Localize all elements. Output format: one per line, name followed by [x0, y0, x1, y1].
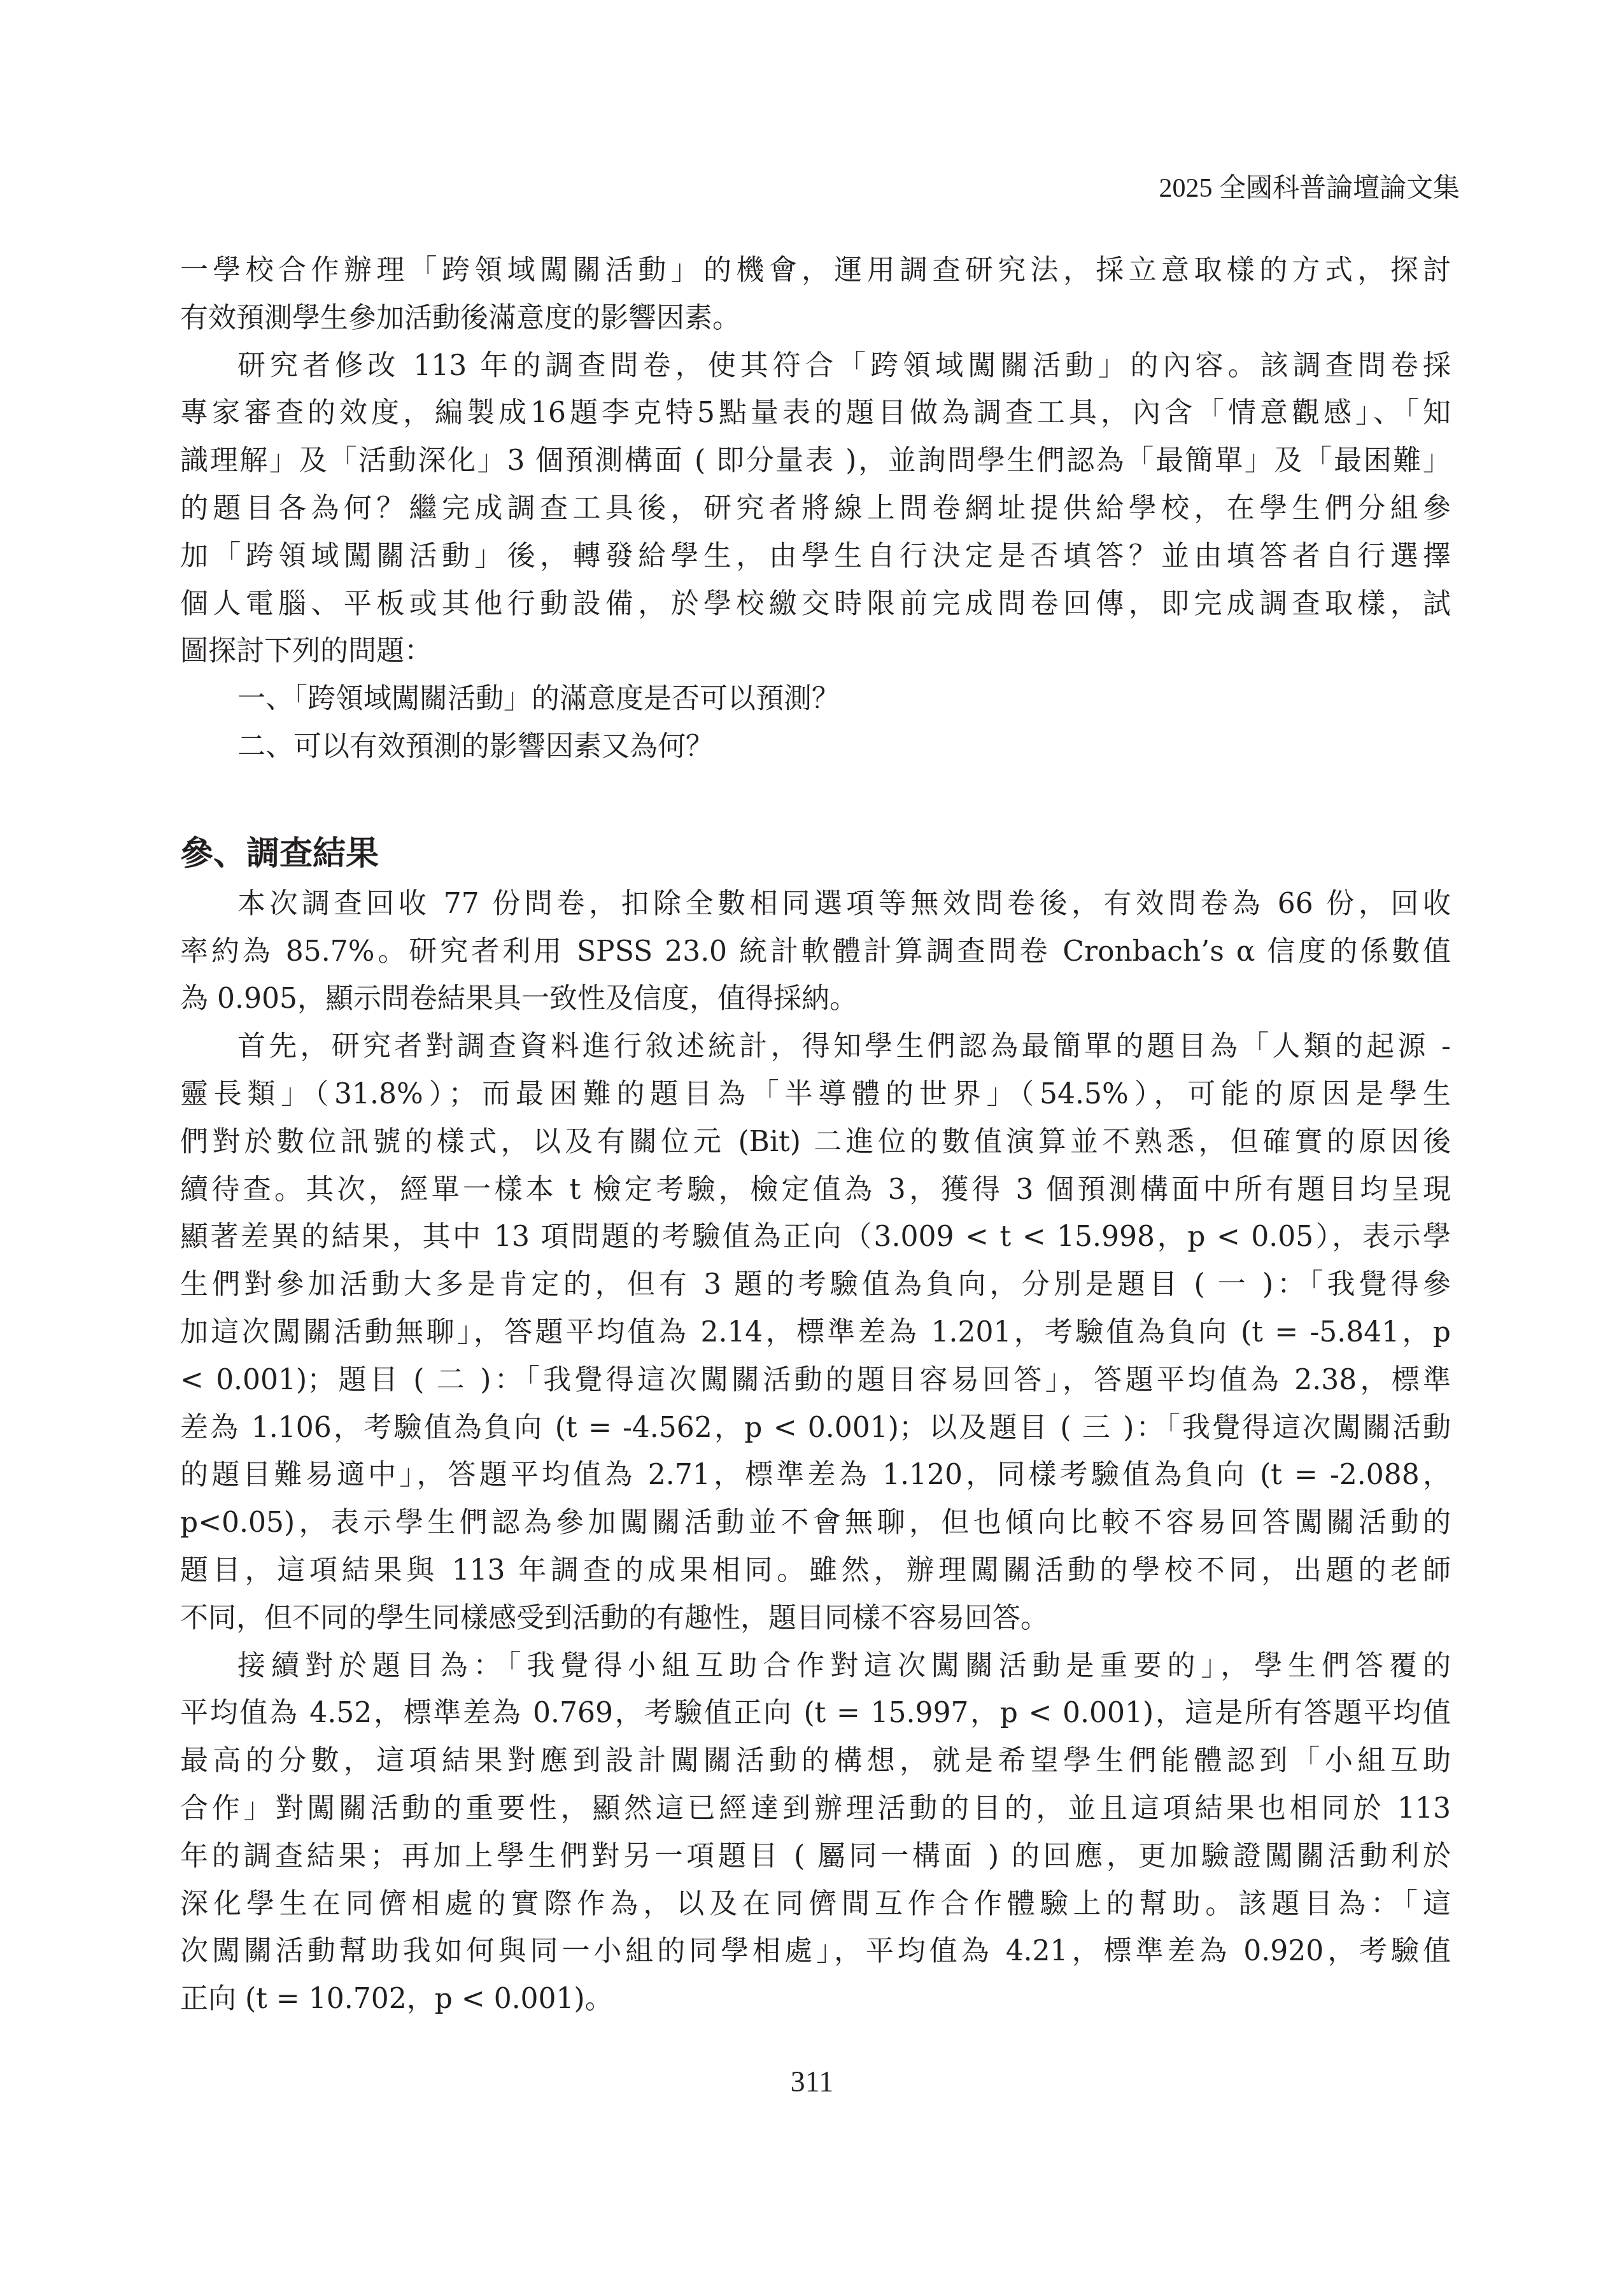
- text-line: 正向 (t = 10.702，p < 0.001)。: [180, 1976, 1451, 2023]
- text-line: 率約為 85.7%。研究者利用 SPSS 23.0 統計軟體計算調查問卷 Cro…: [180, 928, 1451, 976]
- text-line: 研究者修改 113 年的調查問卷，使其符合「跨領域闖關活動」的內容。該調查問卷採: [180, 343, 1451, 390]
- text-line: 加「跨領域闖關活動」後，轉發給學生，由學生自行決定是否填答？並由填答者自行選擇: [180, 533, 1451, 581]
- text-line: 深化學生在同儕相處的實際作為，以及在同儕間互作合作體驗上的幫助。該題目為：「這: [180, 1881, 1451, 1928]
- text-line: < 0.001)；題目 ( 二 )：「我覺得這次闖關活動的題目容易回答」，答題平…: [180, 1357, 1451, 1404]
- text-line: 差為 1.106，考驗值為負向 (t = -4.562，p < 0.001)；以…: [180, 1404, 1451, 1452]
- text-line: 生們對參加活動大多是肯定的，但有 3 題的考驗值為負向，分別是題目 ( 一 )：…: [180, 1261, 1451, 1309]
- text-line: 的題目各為何？繼完成調查工具後，研究者將線上問卷網址提供給學校，在學生們分組參: [180, 485, 1451, 533]
- text-line: 不同，但不同的學生同樣感受到活動的有趣性，題目同樣不容易回答。: [180, 1595, 1451, 1643]
- text-line: 本次調查回收 77 份問卷，扣除全數相同選項等無效問卷後，有效問卷為 66 份，…: [180, 881, 1451, 928]
- text-line: 平均值為 4.52，標準差為 0.769，考驗值正向 (t = 15.997，p…: [180, 1690, 1451, 1737]
- body-text: 一學校合作辦理「跨領域闖關活動」的機會，運用調查研究法，採立意取樣的方式，探討 …: [180, 247, 1451, 2023]
- document-page: 2025 全國科普論壇論文集 一學校合作辦理「跨領域闖關活動」的機會，運用調查研…: [0, 0, 1624, 2278]
- text-line: 們對於數位訊號的樣式，以及有關位元 (Bit) 二進位的數值演算並不熟悉，但確實…: [180, 1119, 1451, 1166]
- section-gap: [180, 771, 1451, 827]
- research-questions: 一、「跨領域闖關活動」的滿意度是否可以預測？ 二、可以有效預測的影響因素又為何？: [180, 676, 1451, 771]
- text-line: p<0.05)，表示學生們認為參加闖關活動並不會無聊，但也傾向比較不容易回答闖關…: [180, 1499, 1451, 1547]
- intro-paragraph-1: 一學校合作辦理「跨領域闖關活動」的機會，運用調查研究法，採立意取樣的方式，探討 …: [180, 247, 1451, 343]
- research-question-1: 一、「跨領域闖關活動」的滿意度是否可以預測？: [180, 676, 1451, 723]
- research-question-2: 二、可以有效預測的影響因素又為何？: [180, 723, 1451, 771]
- text-line: 為 0.905，顯示問卷結果具一致性及信度，值得採納。: [180, 975, 1451, 1023]
- text-line: 顯著差異的結果，其中 13 項問題的考驗值為正向（3.009 < t < 15.…: [180, 1213, 1451, 1261]
- text-line: 的題目難易適中」，答題平均值為 2.71，標準差為 1.120，同樣考驗值為負向…: [180, 1452, 1451, 1499]
- running-header: 2025 全國科普論壇論文集: [1159, 171, 1460, 206]
- text-line: 有效預測學生參加活動後滿意度的影響因素。: [180, 295, 1451, 343]
- results-paragraph-1: 本次調查回收 77 份問卷，扣除全數相同選項等無效問卷後，有效問卷為 66 份，…: [180, 881, 1451, 1023]
- text-line: 靈長類」（31.8%）；而最困難的題目為「半導體的世界」（54.5%），可能的原…: [180, 1071, 1451, 1119]
- results-paragraph-2: 首先，研究者對調查資料進行敘述統計，得知學生們認為最簡單的題目為「人類的起源 -…: [180, 1023, 1451, 1642]
- text-line: 加這次闖關活動無聊」，答題平均值為 2.14，標準差為 1.201，考驗值為負向…: [180, 1309, 1451, 1357]
- results-paragraph-3: 接續對於題目為：「我覺得小組互助合作對這次闖關活動是重要的」，學生們答覆的 平均…: [180, 1643, 1451, 2023]
- page-number: 311: [0, 2063, 1624, 2101]
- text-line: 題目，這項結果與 113 年調查的成果相同。雖然，辦理闖關活動的學校不同，出題的…: [180, 1547, 1451, 1595]
- text-line: 識理解」及「活動深化」3 個預測構面 ( 即分量表 )，並詢問學生們認為「最簡單…: [180, 437, 1451, 485]
- text-line: 一學校合作辦理「跨領域闖關活動」的機會，運用調查研究法，採立意取樣的方式，探討: [180, 247, 1451, 295]
- text-line: 年的調查結果；再加上學生們對另一項題目 ( 屬同一構面 ) 的回應，更加驗證闖關…: [180, 1833, 1451, 1881]
- text-line: 圖探討下列的問題：: [180, 628, 1451, 676]
- text-line: 首先，研究者對調查資料進行敘述統計，得知學生們認為最簡單的題目為「人類的起源 -: [180, 1023, 1451, 1071]
- text-line: 續待查。其次，經單一樣本 t 檢定考驗，檢定值為 3，獲得 3 個預測構面中所有…: [180, 1166, 1451, 1214]
- text-line: 專家審查的效度，編製成16題李克特5點量表的題目做為調查工具，內含「情意觀感」、…: [180, 390, 1451, 437]
- text-line: 接續對於題目為：「我覺得小組互助合作對這次闖關活動是重要的」，學生們答覆的: [180, 1643, 1451, 1690]
- text-line: 次闖關活動幫助我如何與同一小組的同學相處」，平均值為 4.21，標準差為 0.9…: [180, 1928, 1451, 1976]
- text-line: 個人電腦、平板或其他行動設備，於學校繳交時限前完成問卷回傳，即完成調查取樣，試: [180, 581, 1451, 628]
- text-line: 合作」對闖關活動的重要性，顯然這已經達到辦理活動的目的，並且這項結果也相同於 1…: [180, 1785, 1451, 1833]
- intro-paragraph-2: 研究者修改 113 年的調查問卷，使其符合「跨領域闖關活動」的內容。該調查問卷採…: [180, 343, 1451, 676]
- text-line: 最高的分數，這項結果對應到設計闖關活動的構想，就是希望學生們能體認到「小組互助: [180, 1737, 1451, 1785]
- section-heading: 參、調查結果: [180, 827, 1451, 881]
